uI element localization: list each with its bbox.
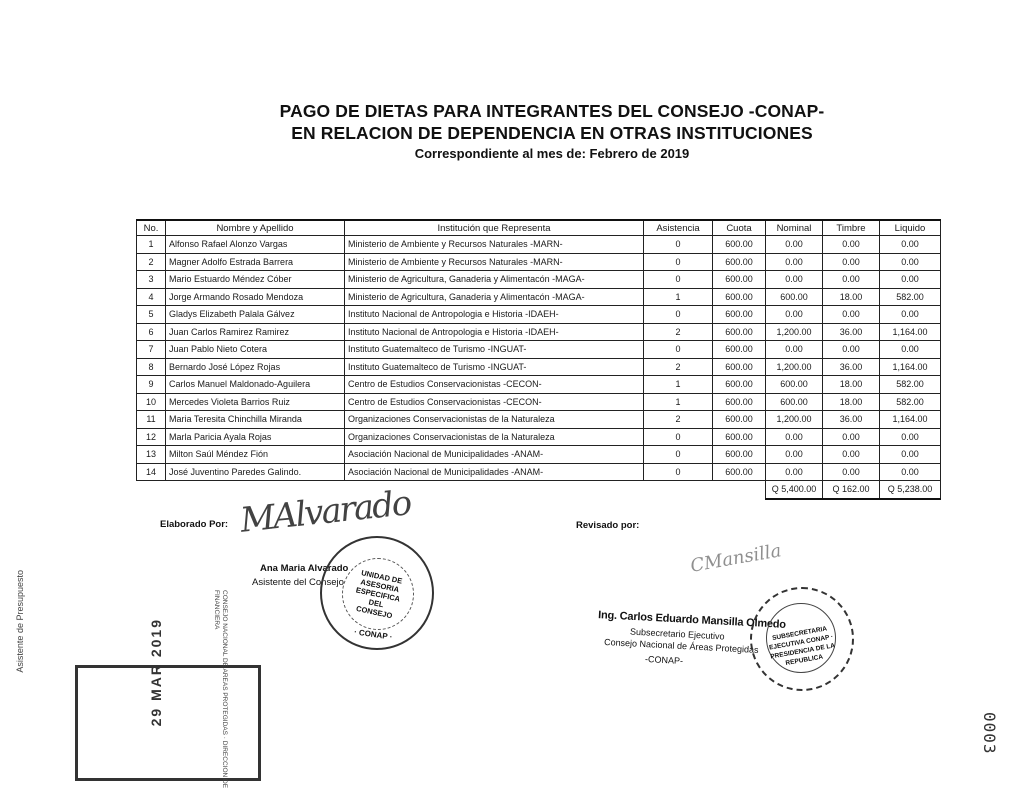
- cell-nominal: 0.00: [766, 306, 823, 324]
- header-timbre: Timbre: [823, 220, 880, 236]
- subsecretaria-seal: SUBSECRETARIA EJECUTIVA CONAP · PRESIDEN…: [750, 587, 854, 691]
- cell-nominal: 0.00: [766, 341, 823, 359]
- cell-liquido: 0.00: [880, 463, 941, 481]
- header-liquido: Liquido: [880, 220, 941, 236]
- cell-cuota: 600.00: [713, 323, 766, 341]
- cell-timbre: 36.00: [823, 323, 880, 341]
- cell-nombre: Jorge Armando Rosado Mendoza: [166, 288, 345, 306]
- cell-nominal: 0.00: [766, 236, 823, 254]
- table-row: 5Gladys Elizabeth Palala GálvezInstituto…: [137, 306, 941, 324]
- document-header: PAGO DE DIETAS PARA INTEGRANTES DEL CONS…: [0, 100, 1024, 163]
- header-nominal: Nominal: [766, 220, 823, 236]
- total-timbre: Q 162.00: [823, 481, 880, 499]
- cell-liquido: 582.00: [880, 288, 941, 306]
- cell-liquido: 0.00: [880, 428, 941, 446]
- cell-nominal: 1,200.00: [766, 411, 823, 429]
- cell-timbre: 36.00: [823, 358, 880, 376]
- cell-asistencia: 1: [644, 376, 713, 394]
- cell-asistencia: 0: [644, 271, 713, 289]
- cell-no: 10: [137, 393, 166, 411]
- cell-nombre: Mercedes Violeta Barrios Ruiz: [166, 393, 345, 411]
- cell-asistencia: 2: [644, 358, 713, 376]
- cell-nombre: Carlos Manuel Maldonado-Aguilera: [166, 376, 345, 394]
- cell-cuota: 600.00: [713, 271, 766, 289]
- cell-no: 4: [137, 288, 166, 306]
- dietas-table: No. Nombre y Apellido Institución que Re…: [136, 219, 941, 500]
- consejo-seal: UNIDAD DE ASESORIA ESPECIFICA DEL CONSEJ…: [320, 536, 434, 650]
- cell-nombre: Maria Teresita Chinchilla Miranda: [166, 411, 345, 429]
- cell-nombre: Gladys Elizabeth Palala Gálvez: [166, 306, 345, 324]
- cell-timbre: 0.00: [823, 271, 880, 289]
- cell-liquido: 1,164.00: [880, 323, 941, 341]
- total-liquido: Q 5,238.00: [880, 481, 941, 499]
- cell-timbre: 36.00: [823, 411, 880, 429]
- cell-liquido: 0.00: [880, 341, 941, 359]
- cell-nombre: Alfonso Rafael Alonzo Vargas: [166, 236, 345, 254]
- cell-asistencia: 0: [644, 463, 713, 481]
- cell-institucion: Organizaciones Conservacionistas de la N…: [345, 428, 644, 446]
- document-title-line-1: PAGO DE DIETAS PARA INTEGRANTES DEL CONS…: [0, 100, 1024, 122]
- cell-nominal: 1,200.00: [766, 358, 823, 376]
- header-institucion: Institución que Representa: [345, 220, 644, 236]
- cell-liquido: 0.00: [880, 253, 941, 271]
- totals-row: Q 5,400.00 Q 162.00 Q 5,238.00: [137, 481, 941, 499]
- table-row: 7Juan Pablo Nieto CoteraInstituto Guatem…: [137, 341, 941, 359]
- received-side-note: Asistente de Presupuesto: [15, 570, 25, 673]
- received-stamp-date: 29 MAR 2019: [148, 618, 164, 726]
- cell-nominal: 0.00: [766, 428, 823, 446]
- revisado-acronym: -CONAP-: [645, 654, 683, 666]
- cell-nominal: 600.00: [766, 288, 823, 306]
- table-row: 10Mercedes Violeta Barrios RuizCentro de…: [137, 393, 941, 411]
- cell-cuota: 600.00: [713, 446, 766, 464]
- cell-no: 3: [137, 271, 166, 289]
- cell-cuota: 600.00: [713, 306, 766, 324]
- document-subtitle: Correspondiente al mes de: Febrero de 20…: [0, 145, 1024, 163]
- revisado-org: Consejo Nacional de Áreas Protegidas: [604, 637, 759, 655]
- cell-nombre: Juan Pablo Nieto Cotera: [166, 341, 345, 359]
- cell-institucion: Instituto Nacional de Antropologia e His…: [345, 306, 644, 324]
- cell-nombre: Mario Estuardo Méndez Cóber: [166, 271, 345, 289]
- cell-institucion: Instituto Guatemalteco de Turismo -INGUA…: [345, 358, 644, 376]
- cell-institucion: Ministerio de Agricultura, Ganaderia y A…: [345, 288, 644, 306]
- cell-institucion: Instituto Guatemalteco de Turismo -INGUA…: [345, 341, 644, 359]
- table-row: 2Magner Adolfo Estrada BarreraMinisterio…: [137, 253, 941, 271]
- cell-institucion: Instituto Nacional de Antropologia e His…: [345, 323, 644, 341]
- cell-cuota: 600.00: [713, 253, 766, 271]
- cell-nombre: Juan Carlos Ramirez Ramirez: [166, 323, 345, 341]
- page-number: 0003: [980, 712, 999, 755]
- cell-no: 7: [137, 341, 166, 359]
- header-cuota: Cuota: [713, 220, 766, 236]
- table-row: 6Juan Carlos Ramirez RamirezInstituto Na…: [137, 323, 941, 341]
- cell-asistencia: 0: [644, 253, 713, 271]
- cell-no: 1: [137, 236, 166, 254]
- consejo-seal-footer: · CONAP ·: [354, 627, 393, 641]
- cell-institucion: Organizaciones Conservacionistas de la N…: [345, 411, 644, 429]
- cell-institucion: Ministerio de Ambiente y Recursos Natura…: [345, 236, 644, 254]
- cell-cuota: 600.00: [713, 236, 766, 254]
- cell-nombre: Bernardo José López Rojas: [166, 358, 345, 376]
- elaborado-label: Elaborado Por:: [160, 519, 228, 530]
- cell-cuota: 600.00: [713, 358, 766, 376]
- cell-liquido: 582.00: [880, 376, 941, 394]
- received-stamp-org: CONSEJO NACIONAL DE AREAS PROTEGIDAS · D…: [212, 590, 228, 791]
- cell-nominal: 0.00: [766, 271, 823, 289]
- cell-nombre: José Juventino Paredes Galindo.: [166, 463, 345, 481]
- cell-institucion: Asociación Nacional de Municipalidades -…: [345, 446, 644, 464]
- cell-institucion: Centro de Estudios Conservacionistas -CE…: [345, 376, 644, 394]
- cell-liquido: 0.00: [880, 271, 941, 289]
- cell-nombre: Milton Saúl Méndez Fión: [166, 446, 345, 464]
- cell-nominal: 600.00: [766, 393, 823, 411]
- cell-no: 5: [137, 306, 166, 324]
- cell-nombre: Marla Paricia Ayala Rojas: [166, 428, 345, 446]
- header-nombre: Nombre y Apellido: [166, 220, 345, 236]
- cell-nominal: 0.00: [766, 446, 823, 464]
- table-row: 4Jorge Armando Rosado MendozaMinisterio …: [137, 288, 941, 306]
- cell-timbre: 18.00: [823, 376, 880, 394]
- cell-cuota: 600.00: [713, 411, 766, 429]
- cell-asistencia: 1: [644, 288, 713, 306]
- cell-no: 13: [137, 446, 166, 464]
- cell-timbre: 0.00: [823, 253, 880, 271]
- cell-no: 14: [137, 463, 166, 481]
- received-stamp-frame: [75, 665, 261, 781]
- cell-asistencia: 0: [644, 446, 713, 464]
- cell-asistencia: 2: [644, 323, 713, 341]
- cell-asistencia: 0: [644, 428, 713, 446]
- cell-timbre: 18.00: [823, 393, 880, 411]
- cell-no: 2: [137, 253, 166, 271]
- header-no: No.: [137, 220, 166, 236]
- cell-no: 9: [137, 376, 166, 394]
- cell-cuota: 600.00: [713, 393, 766, 411]
- cell-cuota: 600.00: [713, 376, 766, 394]
- table-row: 3Mario Estuardo Méndez CóberMinisterio d…: [137, 271, 941, 289]
- cell-institucion: Centro de Estudios Conservacionistas -CE…: [345, 393, 644, 411]
- cell-timbre: 0.00: [823, 236, 880, 254]
- cell-nominal: 0.00: [766, 253, 823, 271]
- cell-cuota: 600.00: [713, 341, 766, 359]
- cell-nominal: 1,200.00: [766, 323, 823, 341]
- cell-timbre: 0.00: [823, 428, 880, 446]
- table-row: 8Bernardo José López RojasInstituto Guat…: [137, 358, 941, 376]
- cell-institucion: Ministerio de Ambiente y Recursos Natura…: [345, 253, 644, 271]
- cell-liquido: 582.00: [880, 393, 941, 411]
- table-row: 12Marla Paricia Ayala RojasOrganizacione…: [137, 428, 941, 446]
- table-row: 14José Juventino Paredes Galindo.Asociac…: [137, 463, 941, 481]
- cell-no: 11: [137, 411, 166, 429]
- revisado-signature: CMansilla: [689, 540, 783, 577]
- cell-timbre: 18.00: [823, 288, 880, 306]
- revisado-label: Revisado por:: [576, 520, 639, 531]
- cell-asistencia: 2: [644, 411, 713, 429]
- cell-timbre: 0.00: [823, 463, 880, 481]
- cell-institucion: Ministerio de Agricultura, Ganaderia y A…: [345, 271, 644, 289]
- cell-no: 8: [137, 358, 166, 376]
- cell-cuota: 600.00: [713, 288, 766, 306]
- table-row: 11Maria Teresita Chinchilla MirandaOrgan…: [137, 411, 941, 429]
- totals-spacer: [137, 481, 766, 499]
- cell-cuota: 600.00: [713, 428, 766, 446]
- table-row: 13Milton Saúl Méndez FiónAsociación Naci…: [137, 446, 941, 464]
- table-body: 1Alfonso Rafael Alonzo VargasMinisterio …: [137, 236, 941, 481]
- cell-cuota: 600.00: [713, 463, 766, 481]
- document-title-line-2: EN RELACION DE DEPENDENCIA EN OTRAS INST…: [0, 122, 1024, 144]
- cell-no: 6: [137, 323, 166, 341]
- cell-liquido: 1,164.00: [880, 358, 941, 376]
- table-row: 1Alfonso Rafael Alonzo VargasMinisterio …: [137, 236, 941, 254]
- cell-liquido: 0.00: [880, 446, 941, 464]
- header-asistencia: Asistencia: [644, 220, 713, 236]
- cell-nombre: Magner Adolfo Estrada Barrera: [166, 253, 345, 271]
- cell-institucion: Asociación Nacional de Municipalidades -…: [345, 463, 644, 481]
- cell-timbre: 0.00: [823, 341, 880, 359]
- cell-nominal: 0.00: [766, 463, 823, 481]
- table-header-row: No. Nombre y Apellido Institución que Re…: [137, 220, 941, 236]
- cell-asistencia: 0: [644, 306, 713, 324]
- cell-nominal: 600.00: [766, 376, 823, 394]
- cell-no: 12: [137, 428, 166, 446]
- total-nominal: Q 5,400.00: [766, 481, 823, 499]
- cell-asistencia: 0: [644, 236, 713, 254]
- table-row: 9Carlos Manuel Maldonado-AguileraCentro …: [137, 376, 941, 394]
- cell-asistencia: 0: [644, 341, 713, 359]
- cell-timbre: 0.00: [823, 306, 880, 324]
- cell-asistencia: 1: [644, 393, 713, 411]
- cell-timbre: 0.00: [823, 446, 880, 464]
- cell-liquido: 0.00: [880, 236, 941, 254]
- cell-liquido: 1,164.00: [880, 411, 941, 429]
- cell-liquido: 0.00: [880, 306, 941, 324]
